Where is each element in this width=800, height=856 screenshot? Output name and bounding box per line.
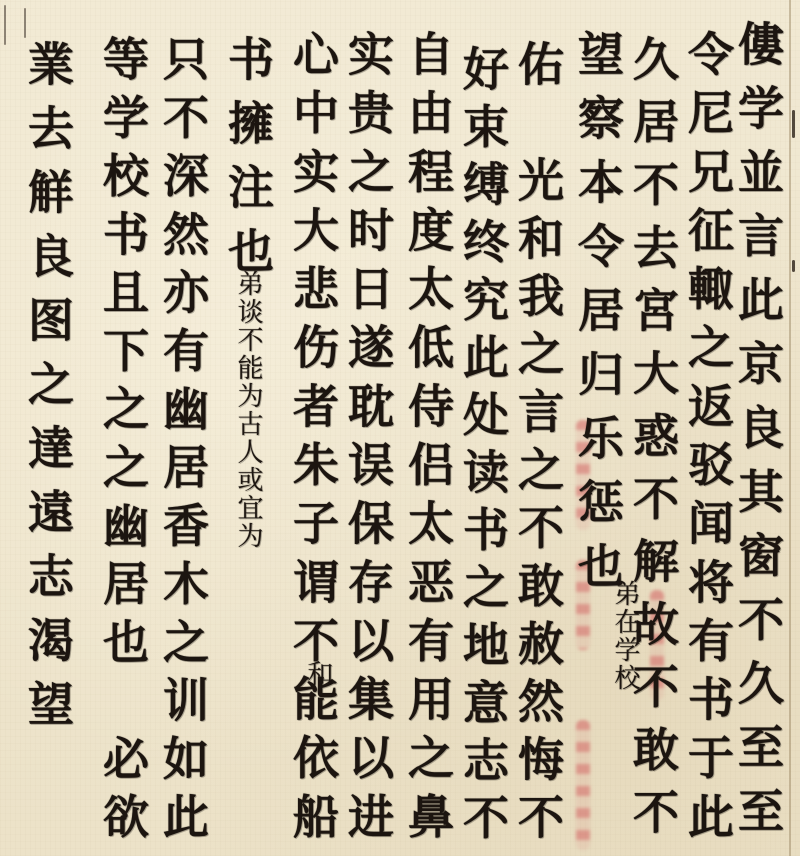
annotation-note: 弟谈不能为古人或宜为 — [235, 270, 261, 550]
text-column: 只不深然亦有幽居香木之训如此 — [160, 35, 206, 851]
text-column: 佑 光和我之言之不敢赦然悔不 — [515, 40, 561, 851]
right-margin-rule — [789, 0, 791, 856]
text-column: 等学校书且下之之幽居也 必欲 — [100, 35, 146, 851]
text-column: 心中实大悲伤者朱子谓不能依船 — [290, 30, 336, 851]
left-edge-stroke — [4, 5, 6, 45]
text-column: 好束缚终究此处读书之地意志不 — [460, 45, 506, 851]
edge-fragment-dot — [792, 260, 795, 272]
text-column: 業去觧良图之達遠志渴望 — [25, 40, 71, 744]
text-column: 实贵之时日遂耽误保存以集以进 — [345, 30, 391, 851]
left-edge-stroke — [24, 8, 26, 38]
annotation-note: 和 — [305, 660, 331, 688]
edge-fragment-stroke — [792, 110, 795, 138]
text-column: 僂学並言此京良其窗不久至至 — [735, 20, 781, 851]
text-column: 书擁注也 — [225, 35, 271, 291]
text-column: 望察本令居归乐惩也 — [575, 30, 621, 606]
text-column: 令尼兄征輙之返驳闻将有书于此 — [685, 30, 731, 851]
red-seal-smudge — [576, 720, 590, 850]
annotation-note: 弟在学校 — [612, 580, 638, 692]
text-column: 自由程度太低侍侣太恶有用之鼻 — [405, 30, 451, 851]
text-column: 久居不去宮大惑不解故不敢不 — [630, 35, 676, 851]
